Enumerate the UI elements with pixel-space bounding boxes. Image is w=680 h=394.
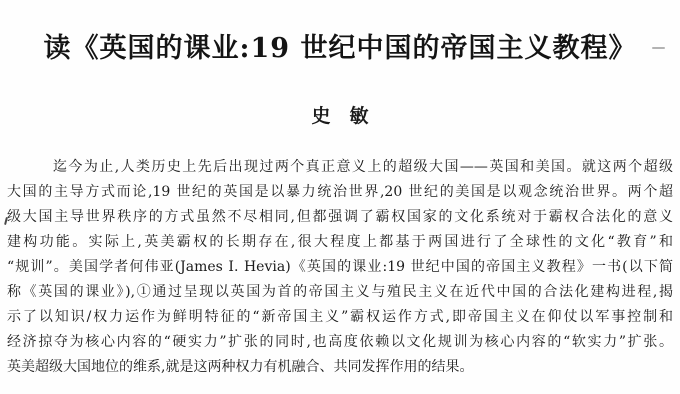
paragraph-line: 英美超级大国地位的维系,就是这两种权力有机融合、共同发挥作用的结果。 bbox=[7, 355, 673, 380]
article-body: 迄今为止,人类历史上先后出现过两个真正意义上的超级大国——英国和美国。就这两个超… bbox=[7, 155, 673, 380]
paragraph-line: 级大国主导世界秩序的方式虽然不尽相同,但都强调了霸权国家的文化系统对于霸权合法化… bbox=[7, 205, 673, 230]
paragraph-line: 迄今为止,人类历史上先后出现过两个真正意义上的超级大国——英国和美国。就这两个超… bbox=[7, 155, 673, 180]
scan-artifact-dash bbox=[652, 47, 665, 49]
paragraph-line: 大国的主导方式而论,19 世纪的英国是以暴力统治世界,20 世纪的美国是以观念统… bbox=[7, 180, 673, 205]
author-name: 史 敏 bbox=[0, 101, 680, 128]
paragraph-line: 经济掠夺为核心内容的“硬实力”扩张的同时,也高度依赖以文化规训为核心内容的“软实… bbox=[7, 330, 673, 355]
paragraph-line: 称《英国的课业》),①通过呈现以英国为首的帝国主义与殖民主义在近代中国的合法化建… bbox=[7, 280, 673, 305]
article-title: 读《英国的课业:19 世纪中国的帝国主义教程》 bbox=[0, 26, 680, 65]
paragraph-line: 示了以知识/权力运作为鲜明特征的“新帝国主义”霸权运作方式,即帝国主义在仰仗以军… bbox=[7, 305, 673, 330]
paragraph-line: 建构功能。实际上,英美霸权的长期存在,很大程度上都基于两国进行了全球性的文化“教… bbox=[7, 230, 673, 255]
document-page: 读《英国的课业:19 世纪中国的帝国主义教程》 史 敏 迄今为止,人类历史上先后… bbox=[0, 0, 680, 394]
paragraph-line: “规训”。美国学者何伟亚(James I. Hevia)《英国的课业:19 世纪… bbox=[7, 255, 673, 280]
